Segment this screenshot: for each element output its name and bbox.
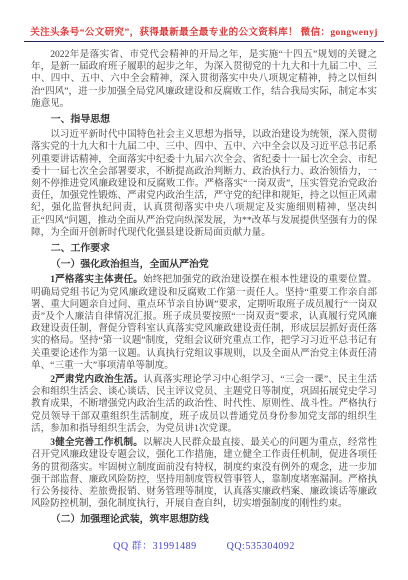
intro-paragraph: 2022年是落实省、市党代会精神的开局之年，是实施“十四五”规划的关键之年，是新… [31, 49, 377, 110]
promo-header: 关注头条号“公文研究”，获得最新最全最专业的公文资料库！ 微信：gongweny… [0, 22, 408, 42]
qq-number: QQ:535304092 [227, 541, 295, 552]
document-body: 2022年是落实省、市党代会精神的开局之年，是实施“十四五”规划的关键之年，是新… [31, 49, 377, 535]
item-paragraph-3: 3健全完善工作机制。以解决人民群众最直接、最关心的问题为重点，经常性召开党风廉政… [31, 437, 377, 510]
document-page: 关注头条号“公文研究”，获得最新最全最专业的公文资料库！ 微信：gongweny… [0, 0, 408, 580]
subsection-heading-political-responsibility: （一）强化政治担当，全面从严治党 [31, 259, 377, 271]
promo-footer: QQ 群：31991489QQ:535304092 [0, 537, 408, 552]
promo-header-text: 关注头条号“公文研究”，获得最新最全最专业的公文资料库！ 微信：gongweny… [24, 24, 384, 42]
item-lead-1: 1严格落实主体责任。 [50, 274, 143, 285]
item-paragraph-2: 2严肃党内政治生活。认真落实理论学习中心组学习、“三会一课”、民主生活会和组织生… [31, 374, 377, 435]
item-text-1: 始终把加强党的政治建设摆在根本性建设的重要位置。明确局党组书记为党风廉政建设和反… [31, 274, 377, 370]
qq-group-number: QQ 群：31991489 [113, 541, 196, 552]
item-lead-2: 2严肃党内政治生活。 [50, 374, 143, 385]
section-heading-work-requirements: 二、工作要求 [31, 243, 377, 255]
section-heading-guiding-ideology: 一、指导思想 [31, 114, 377, 126]
item-paragraph-1: 1严格落实主体责任。始终把加强党的政治建设摆在根本性建设的重要位置。明确局党组书… [31, 274, 377, 372]
item-lead-3: 3健全完善工作机制。 [50, 437, 143, 448]
guiding-ideology-paragraph: 以习近平新时代中国特色社会主义思想为指导，以政治建设为统领，深入贯彻落实党的十九… [31, 129, 377, 239]
subsection-heading-theory-arming: （二）加强理论武装，筑牢思想防线 [31, 514, 377, 526]
